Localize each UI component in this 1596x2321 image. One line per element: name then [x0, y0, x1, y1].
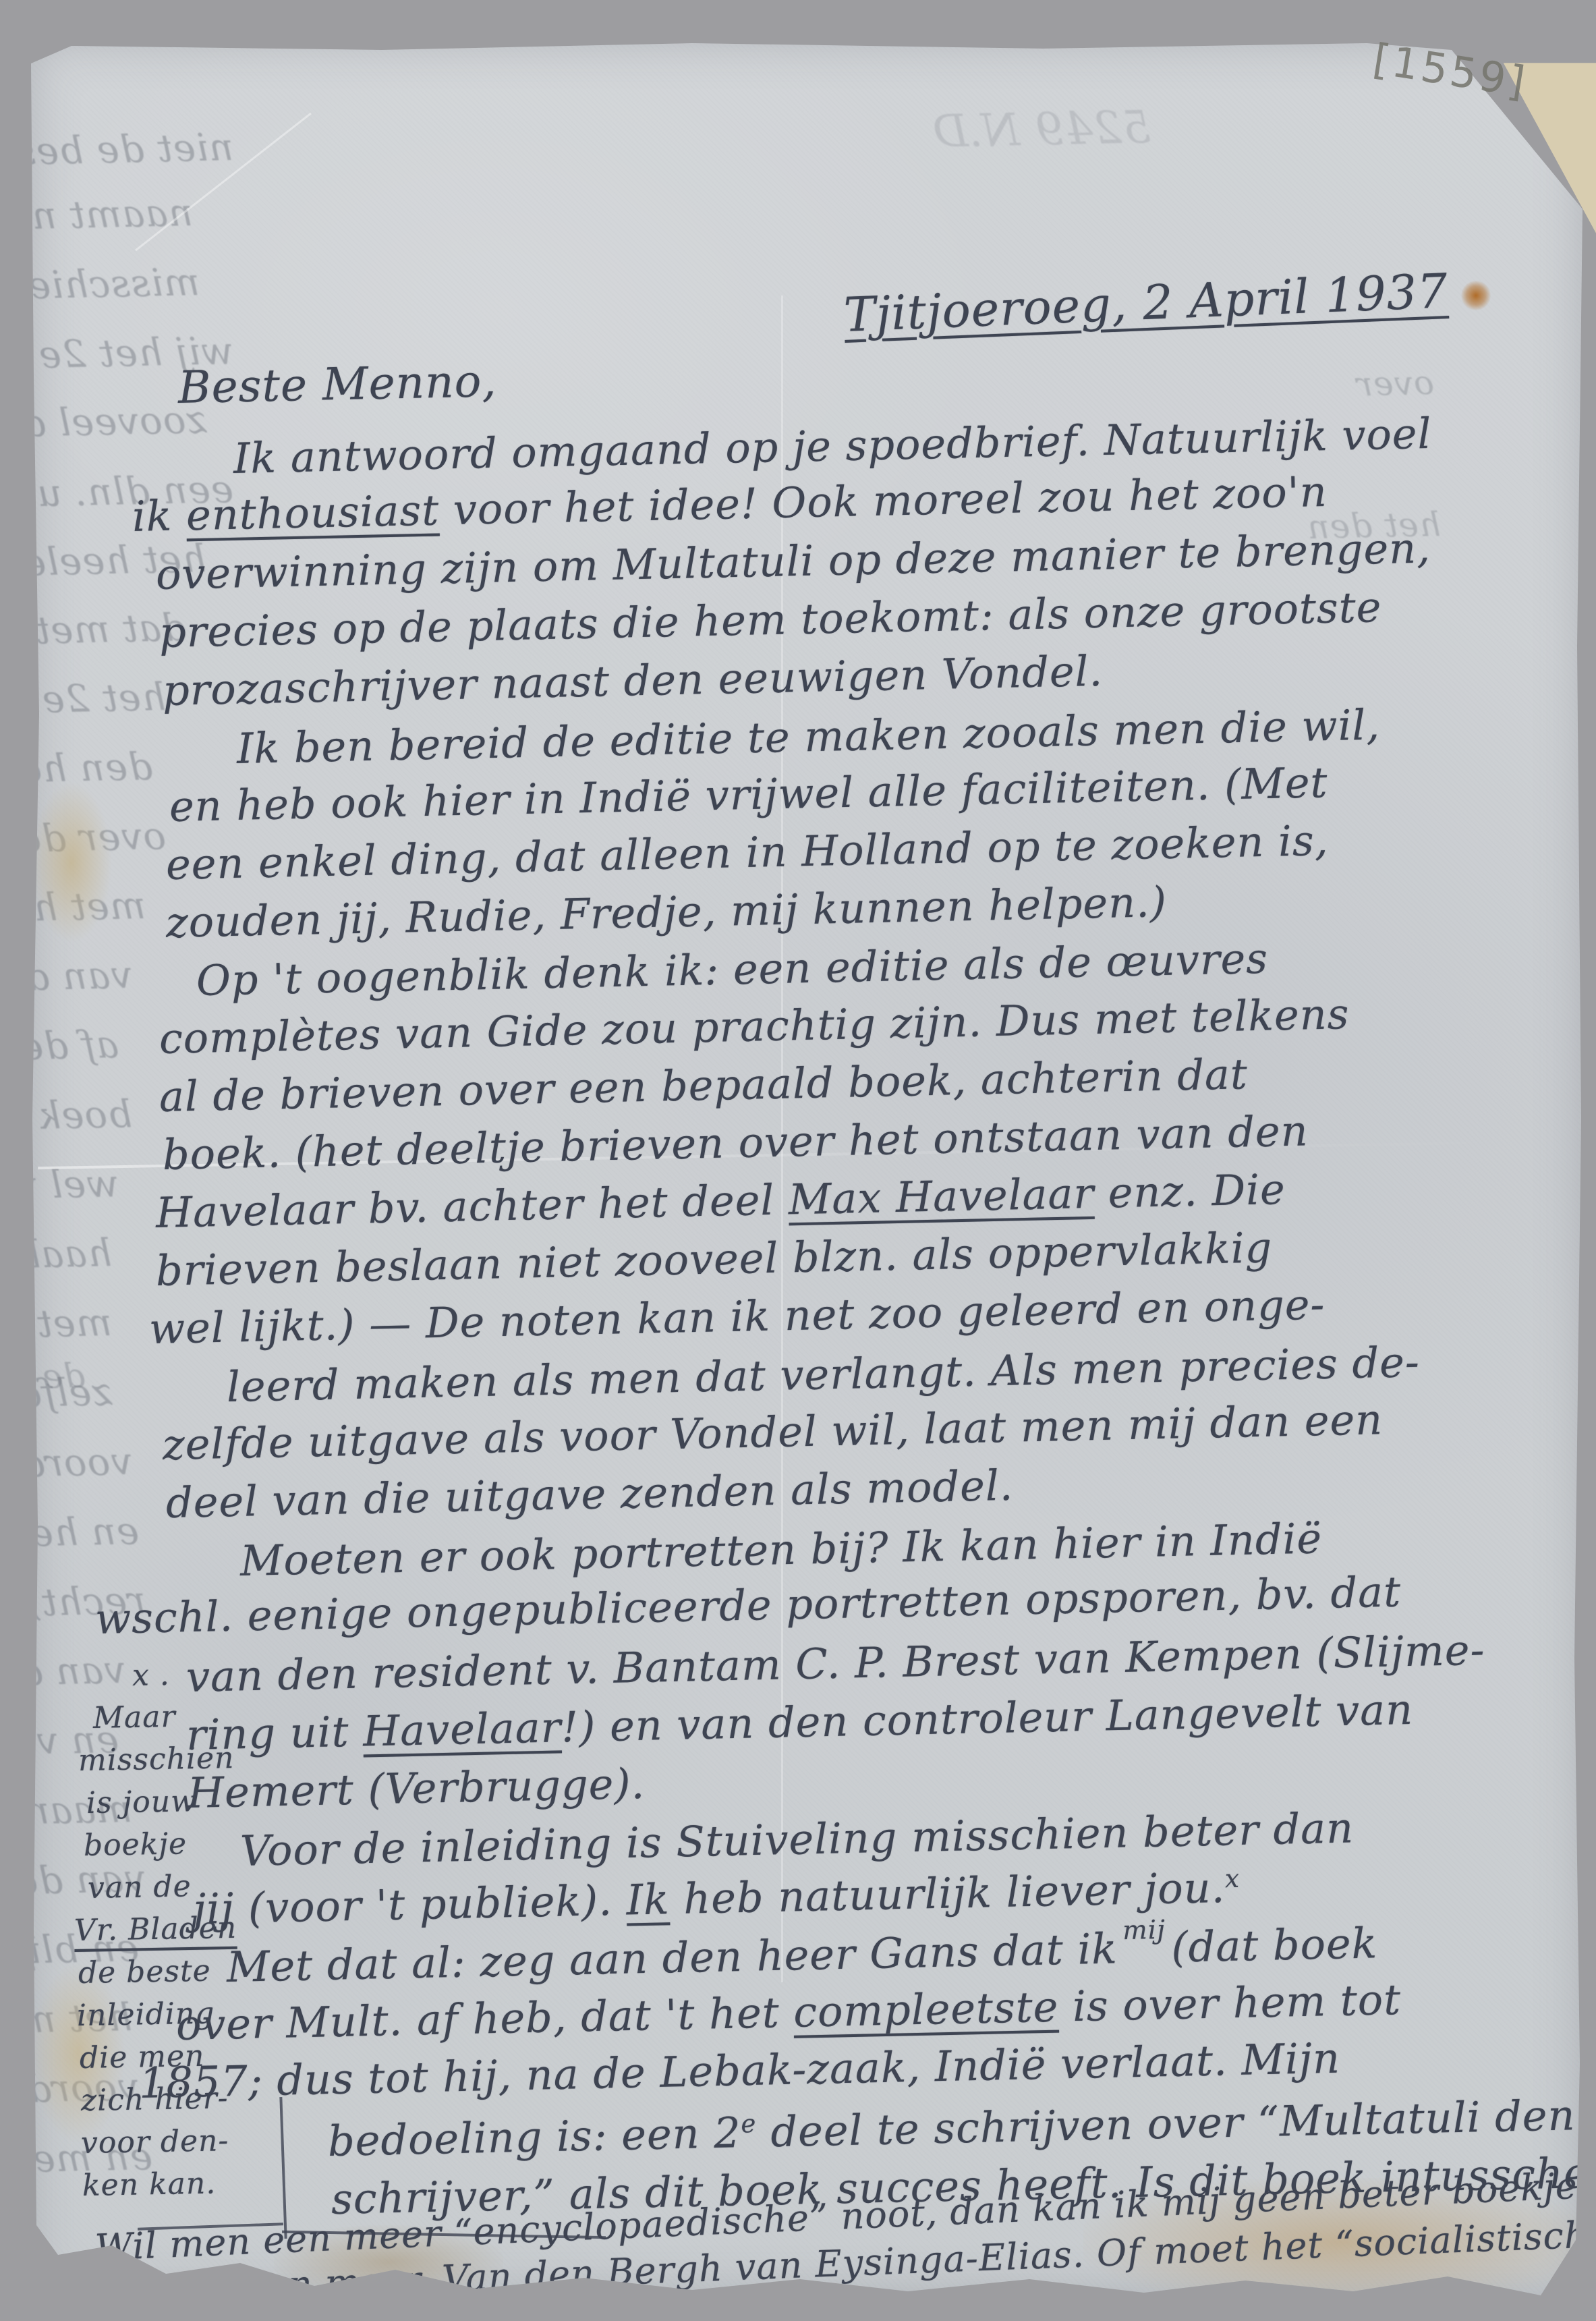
margin-note: Maar: [93, 1700, 176, 1735]
letter-line: prozaschrijver naast den eeuwigen Vondel…: [162, 646, 1104, 715]
handwriting-layer: Tjitjoeroeg, 2 April 1937Beste Menno,Ik …: [31, 39, 1583, 2295]
margin-note: die men: [80, 2039, 205, 2075]
margin-note: Vr. Bladen: [74, 1911, 237, 1948]
letter-line: deel van die uitgave zenden als model.: [165, 1461, 1014, 1528]
salutation: Beste Menno,: [177, 355, 497, 414]
letter-line: Hemert (Verbrugge).: [187, 1759, 646, 1818]
margin-note: voor den-: [81, 2123, 229, 2160]
margin-note: boekje: [84, 1826, 188, 1863]
margin-note: misschien: [78, 1741, 235, 1778]
date-line: Tjitjoeroeg, 2 April 1937: [843, 263, 1449, 343]
margin-note: is jouw: [86, 1784, 198, 1820]
margin-note: zich hier-: [81, 2081, 229, 2118]
margin-note: inleiding: [77, 1996, 215, 2033]
margin-note: ken kan.: [82, 2166, 217, 2203]
margin-note: van de: [88, 1869, 192, 1905]
letter-paper: 5249 N.Dniet de beste inleiding? Ik bedo…: [31, 39, 1583, 2295]
margin-note: de beste: [78, 1954, 212, 1990]
scanned-letter-page: 5249 N.Dniet de beste inleiding? Ik bedo…: [0, 0, 1596, 2321]
letter-line: zouden jij, Rudie, Fredje, mij kunnen he…: [165, 877, 1167, 947]
margin-note-marker: x .: [132, 1658, 171, 1693]
